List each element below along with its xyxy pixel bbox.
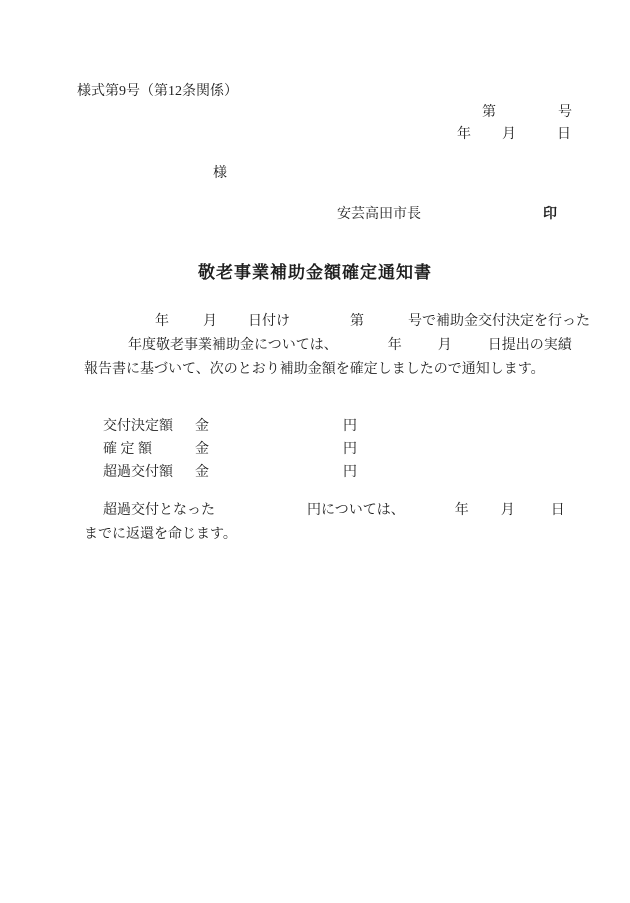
refund-day-label: 日 bbox=[551, 503, 565, 520]
body-line-2: 年度敬老事業補助金については、 年 月 日提出の実績 bbox=[128, 338, 572, 355]
refund-amount-blank-field bbox=[215, 512, 307, 514]
document-page: 様式第9号（第12条関係） 第 号 年 月 日 様 安芸高田市長 印 敬老事業補… bbox=[0, 0, 630, 903]
body-month-blank-field bbox=[169, 323, 203, 325]
addressee-honorific: 様 bbox=[213, 166, 227, 183]
issuer-name: 安芸高田市長 bbox=[337, 207, 421, 224]
amount-value-blank-field bbox=[209, 428, 343, 430]
issue-date-month-label: 月 bbox=[502, 127, 516, 144]
issue-date-year-label: 年 bbox=[457, 127, 471, 144]
amount-label: 超過交付額 bbox=[103, 465, 175, 482]
body-report-day-blank-field bbox=[452, 347, 488, 349]
amount-gap bbox=[175, 428, 195, 430]
amount-currency-suffix: 円 bbox=[343, 442, 357, 459]
amount-gap bbox=[175, 474, 195, 476]
body-docnum-blank-field bbox=[290, 323, 350, 325]
refund-year-blank-field bbox=[405, 512, 455, 514]
refund-line-1: 超過交付となった 円については、 年 月 日 bbox=[103, 503, 565, 520]
form-label: 様式第9号（第12条関係） bbox=[77, 84, 238, 101]
amount-value-blank-field bbox=[209, 474, 343, 476]
issue-date-day-label: 日 bbox=[557, 127, 571, 144]
body-report-month-blank-field bbox=[402, 347, 438, 349]
refund-month-blank-field bbox=[469, 512, 501, 514]
doc-number-unit: 号 bbox=[558, 105, 572, 122]
refund-line-2: までに返還を命じます。 bbox=[84, 527, 237, 544]
seal-mark: 印 bbox=[543, 207, 557, 224]
body-docnum-value-blank-field bbox=[364, 323, 408, 325]
refund-year-label: 年 bbox=[455, 503, 469, 520]
body-line-1: 年 月 日付け 第 号で補助金交付決定を行った bbox=[155, 314, 590, 331]
refund-month-label: 月 bbox=[501, 503, 515, 520]
doc-number-line: 第 号 bbox=[482, 105, 572, 122]
body-line-3: 報告書に基づいて、次のとおり補助金額を確定しましたので通知します。 bbox=[84, 362, 545, 379]
body-line-3-text: 報告書に基づいて、次のとおり補助金額を確定しましたので通知します。 bbox=[84, 362, 545, 379]
page-title: 敬老事業補助金額確定通知書 bbox=[198, 263, 432, 283]
addressee-line: 様 bbox=[213, 166, 227, 183]
body-month-label: 月 bbox=[203, 314, 217, 331]
issue-date-month-blank-field bbox=[471, 136, 502, 138]
amount-row-confirmed: 確 定 額 金 円 bbox=[103, 442, 357, 459]
doc-number-prefix: 第 bbox=[482, 105, 496, 122]
amount-currency-prefix: 金 bbox=[195, 465, 209, 482]
refund-line-2-text: までに返還を命じます。 bbox=[84, 527, 237, 544]
amount-row-decided: 交付決定額 金 円 bbox=[103, 419, 357, 436]
body-year-label: 年 bbox=[155, 314, 169, 331]
body-report-year-blank-field bbox=[338, 347, 388, 349]
amount-label: 交付決定額 bbox=[103, 419, 175, 436]
amount-currency-suffix: 円 bbox=[343, 465, 357, 482]
body-docnum-prefix: 第 bbox=[350, 314, 364, 331]
refund-day-blank-field bbox=[515, 512, 551, 514]
amount-currency-suffix: 円 bbox=[343, 419, 357, 436]
amount-currency-prefix: 金 bbox=[195, 419, 209, 436]
amount-value-blank-field bbox=[209, 451, 343, 453]
amount-gap bbox=[175, 451, 195, 453]
body-report-year-label: 年 bbox=[388, 338, 402, 355]
body-line-1-tail: 号で補助金交付決定を行った bbox=[408, 314, 590, 331]
body-line-2-lead: 年度敬老事業補助金については、 bbox=[128, 338, 338, 355]
doc-number-blank-field bbox=[496, 114, 558, 116]
form-label-line: 様式第9号（第12条関係） bbox=[77, 84, 238, 101]
amount-row-excess: 超過交付額 金 円 bbox=[103, 465, 357, 482]
amount-currency-prefix: 金 bbox=[195, 442, 209, 459]
title-line: 敬老事業補助金額確定通知書 bbox=[0, 263, 630, 283]
refund-mid: 円については、 bbox=[307, 503, 405, 520]
body-report-month-label: 月 bbox=[438, 338, 452, 355]
amount-label: 確 定 額 bbox=[103, 442, 175, 459]
issue-date-day-blank-field bbox=[516, 136, 557, 138]
body-day-label: 日付け bbox=[248, 314, 290, 331]
issue-date-line: 年 月 日 bbox=[457, 127, 571, 144]
refund-lead: 超過交付となった bbox=[103, 503, 215, 520]
issuer-line: 安芸高田市長 印 bbox=[337, 207, 557, 224]
body-line-2-tail: 日提出の実績 bbox=[488, 338, 572, 355]
body-day-blank-field bbox=[217, 323, 248, 325]
issuer-signature-blank-field bbox=[421, 216, 543, 218]
